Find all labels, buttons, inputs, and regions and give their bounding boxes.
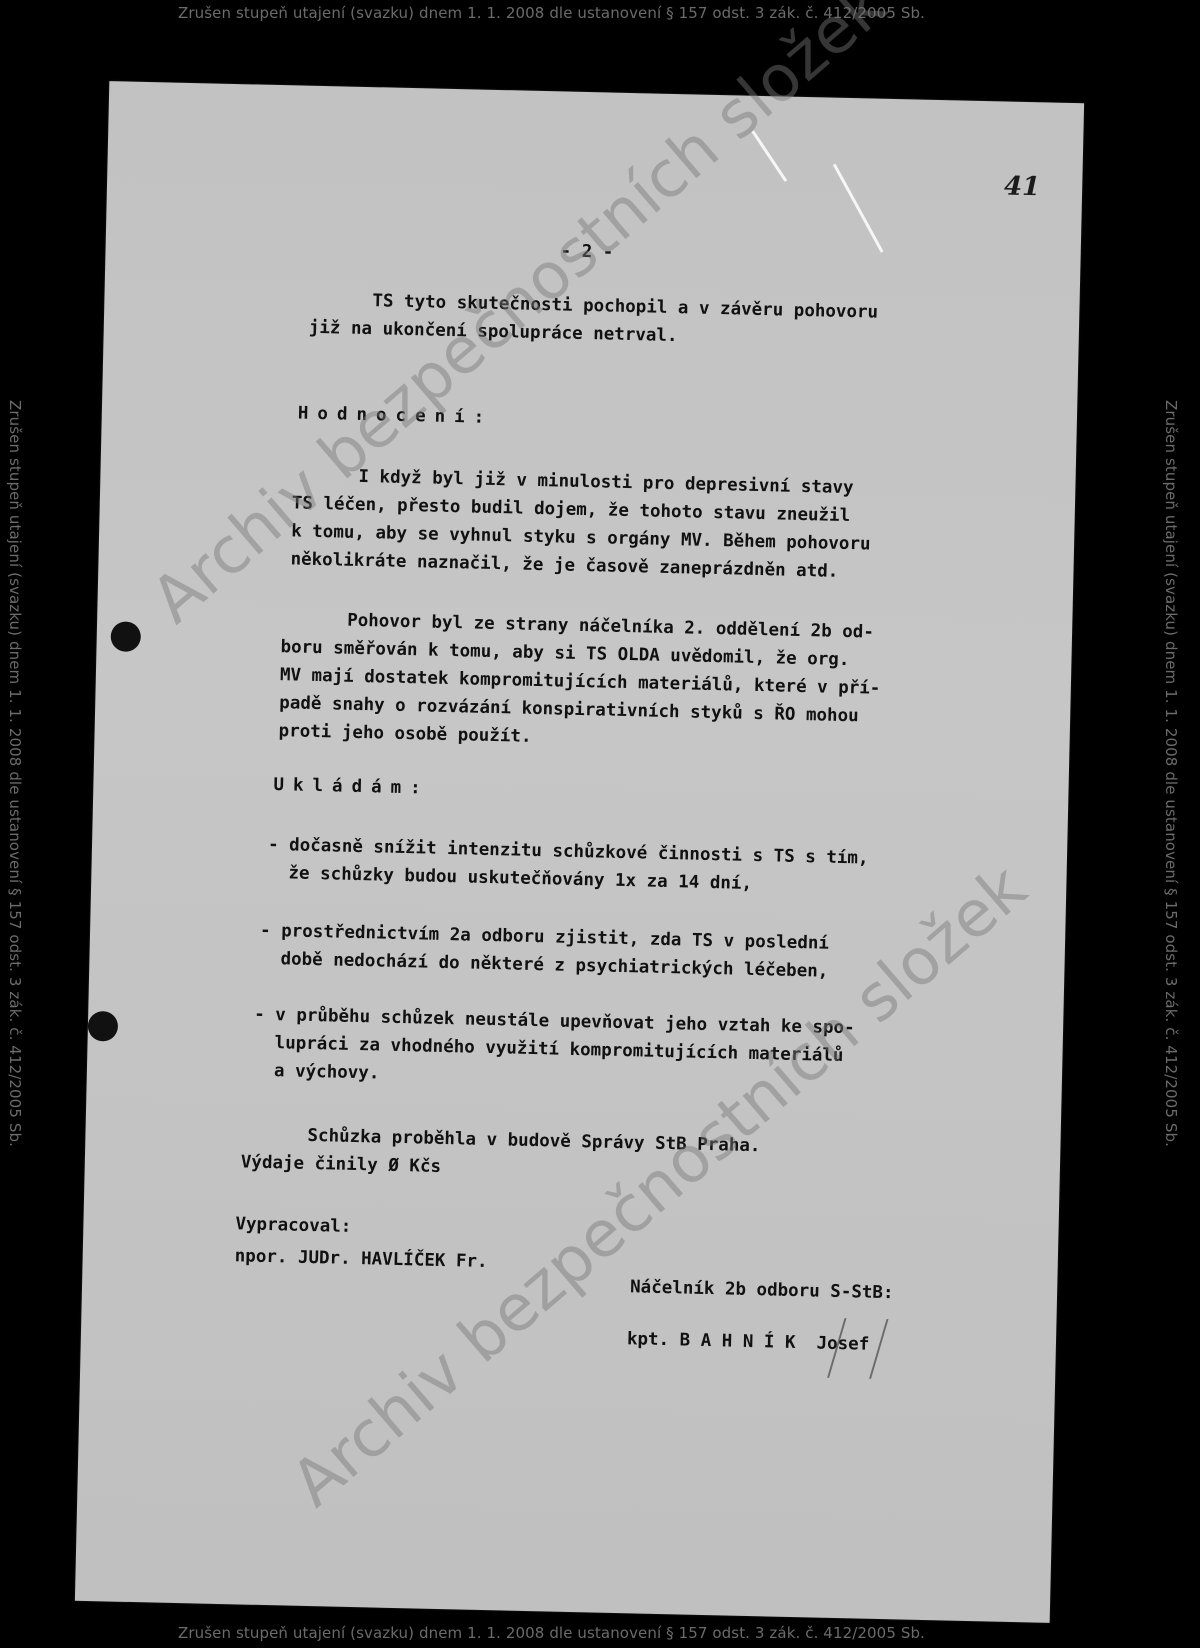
prepared-by-name: npor. JUDr. HAVLÍČEK Fr. xyxy=(235,1246,488,1272)
evaluation-line: několikráte naznačil, že je časově zanep… xyxy=(290,549,838,581)
evaluation-line: TS léčen, přesto budil dojem, že tohoto … xyxy=(292,493,851,526)
order-item-line: a výchovy. xyxy=(253,1061,380,1084)
chief-title: Náčelník 2b odboru S-StB: xyxy=(630,1277,894,1303)
order-item-line: době nedochází do některé z psychiatrick… xyxy=(259,949,828,982)
evaluation-line: k tomu, aby se vyhnul styku s orgány MV.… xyxy=(291,521,871,554)
order-item-line: - v průběhu schůzek neustále upevňovat j… xyxy=(254,1005,855,1039)
evaluation-line: padě snahy o rozvázání konspirativních s… xyxy=(279,693,859,726)
punch-hole xyxy=(88,1011,119,1042)
punch-hole xyxy=(110,621,141,652)
scan-scratch xyxy=(833,164,884,253)
order-item-line: že schůzky budou uskutečňovány 1x za 14 … xyxy=(267,863,752,894)
declassification-stamp-right: Zrušen stupeň utajení (svazku) dnem 1. 1… xyxy=(1162,400,1180,1147)
document-page: 41 - 2 - TS tyto skutečnosti pochopil a … xyxy=(75,81,1084,1623)
order-item-line: - dočasně snížit intenzitu schůzkové čin… xyxy=(268,835,869,869)
order-item-line: - prostřednictvím 2a odboru zjistit, zda… xyxy=(260,921,829,954)
handwritten-folio-number: 41 xyxy=(1004,171,1041,202)
evaluation-line: Pohovor byl ze strany náčelníka 2. odděl… xyxy=(347,611,874,643)
document-body: - 2 - TS tyto skutečnosti pochopil a v z… xyxy=(109,81,1084,103)
orders-heading: Ukládám: xyxy=(273,775,430,799)
declassification-stamp-left: Zrušen stupeň utajení (svazku) dnem 1. 1… xyxy=(6,400,24,1147)
meeting-note-line: Výdaje činily Ø Kčs xyxy=(241,1152,442,1177)
evaluation-line: proti jeho osobě použít. xyxy=(278,721,531,747)
evaluation-line: boru směřován k tomu, aby si TS OLDA uvě… xyxy=(280,637,849,670)
evaluation-line: MV mají dostatek kompromitujících materi… xyxy=(280,665,881,699)
declassification-stamp-bottom: Zrušen stupeň utajení (svazku) dnem 1. 1… xyxy=(178,1624,925,1642)
handwritten-signature xyxy=(827,1318,888,1379)
prepared-by-label: Vypracoval: xyxy=(235,1214,351,1237)
chief-name: kpt. B A H N Í K Josef xyxy=(627,1329,870,1354)
evaluation-line: I když byl již v minulosti pro depresivn… xyxy=(358,467,854,498)
